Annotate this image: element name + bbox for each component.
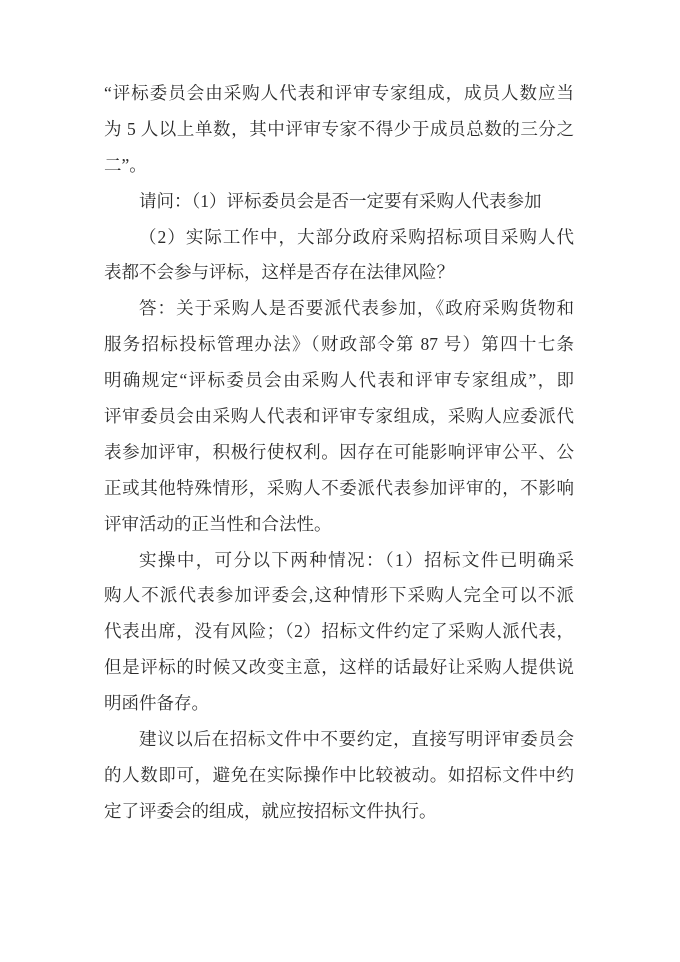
text-line: 实操中，可分以下两种情况：（1）招标文件已明确采 [104, 543, 574, 579]
paragraph: 建议以后在招标文件中不要约定，直接写明评审委员会的人数即可，避免在实际操作中比较… [104, 722, 574, 830]
text-line: 但是评标的时候又改变主意，这样的话最好让采购人提供说 [104, 650, 574, 686]
text-line: （2）实际工作中，大部分政府采购招标项目采购人代 [104, 220, 574, 256]
paragraph: （2）实际工作中，大部分政府采购招标项目采购人代表都不会参与评标，这样是否存在法… [104, 220, 574, 292]
text-line: 答：关于采购人是否要派代表参加，《政府采购货物和 [104, 291, 574, 327]
text-line: “评标委员会由采购人代表和评审专家组成，成员人数应当 [104, 76, 574, 112]
text-line: 建议以后在招标文件中不要约定，直接写明评审委员会 [104, 722, 574, 758]
text-line: 二”。 [104, 148, 574, 184]
text-line: 请问：（1）评标委员会是否一定要有采购人代表参加 [104, 184, 574, 220]
text-line: 评审活动的正当性和合法性。 [104, 507, 574, 543]
text-line: 明确规定“评标委员会由采购人代表和评审专家组成”，即 [104, 363, 574, 399]
paragraph: 答：关于采购人是否要派代表参加，《政府采购货物和服务招标投标管理办法》（财政部令… [104, 291, 574, 542]
text-line: 代表出席，没有风险；（2）招标文件约定了采购人派代表， [104, 614, 574, 650]
paragraph: “评标委员会由采购人代表和评审专家组成，成员人数应当为 5 人以上单数，其中评审… [104, 76, 574, 184]
text-block: “评标委员会由采购人代表和评审专家组成，成员人数应当为 5 人以上单数，其中评审… [104, 76, 574, 830]
document-page: “评标委员会由采购人代表和评审专家组成，成员人数应当为 5 人以上单数，其中评审… [0, 0, 680, 962]
text-line: 定了评委会的组成，就应按招标文件执行。 [104, 794, 574, 830]
text-line: 购人不派代表参加评委会,这种情形下采购人完全可以不派 [104, 578, 574, 614]
text-line: 正或其他特殊情形，采购人不委派代表参加评审的，不影响 [104, 471, 574, 507]
text-line: 表都不会参与评标，这样是否存在法律风险？ [104, 255, 574, 291]
text-line: 服务招标投标管理办法》（财政部令第 87 号）第四十七条 [104, 327, 574, 363]
paragraph: 请问：（1）评标委员会是否一定要有采购人代表参加 [104, 184, 574, 220]
text-line: 的人数即可，避免在实际操作中比较被动。如招标文件中约 [104, 758, 574, 794]
text-line: 为 5 人以上单数，其中评审专家不得少于成员总数的三分之 [104, 112, 574, 148]
text-line: 明函件备存。 [104, 686, 574, 722]
text-line: 表参加评审，积极行使权利。因存在可能影响评审公平、公 [104, 435, 574, 471]
paragraph: 实操中，可分以下两种情况：（1）招标文件已明确采购人不派代表参加评委会,这种情形… [104, 543, 574, 722]
text-line: 评审委员会由采购人代表和评审专家组成，采购人应委派代 [104, 399, 574, 435]
